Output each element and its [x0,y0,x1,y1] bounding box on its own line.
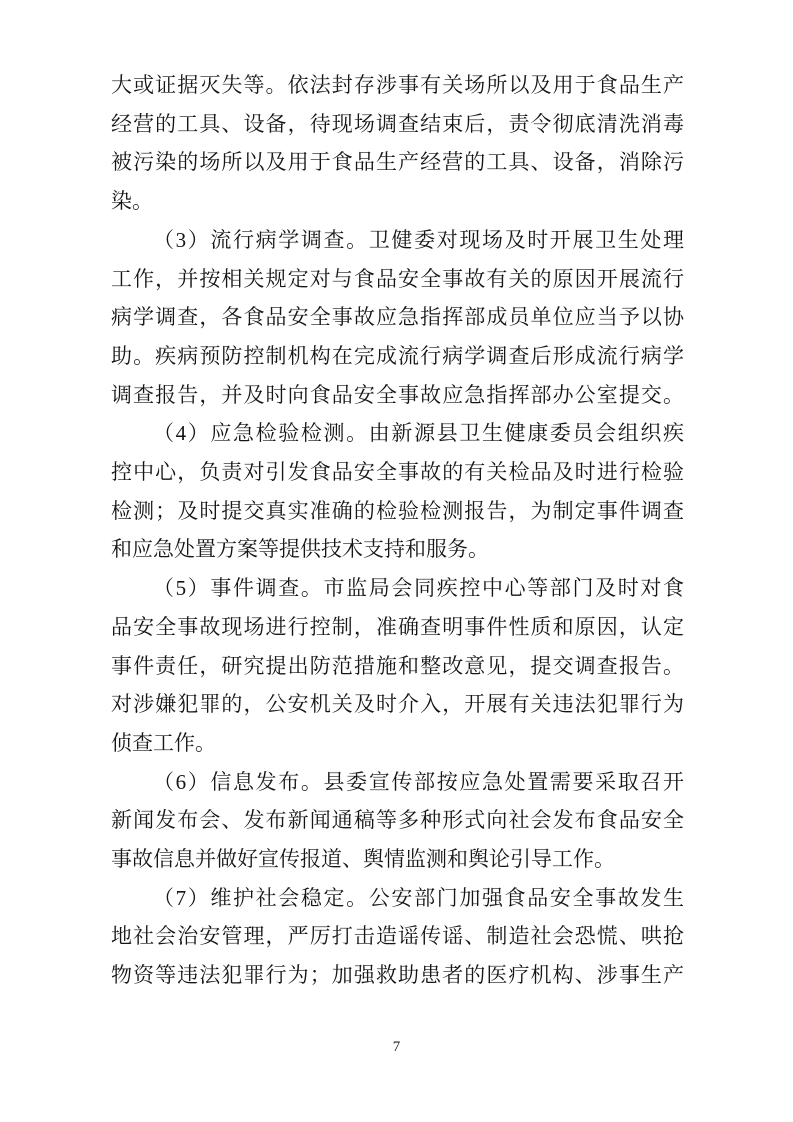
text-line: 大或证据灭失等。依法封存涉事有关场所以及用于食品生产 [111,66,684,105]
text-line: 被污染的场所以及用于食品生产经营的工具、设备，消除污 [111,143,684,182]
text-line: 地社会治安管理，严厉打击造谣传谣、制造社会恐慌、哄抢 [111,917,684,956]
text-line: 对涉嫌犯罪的，公安机关及时介入，开展有关违法犯罪行为 [111,685,684,724]
text-line: 染。 [111,182,684,221]
text-line-paragraph-6-start: （6）信息发布。县委宣传部按应急处置需要采取召开 [111,763,684,802]
text-line: 侦查工作。 [111,724,684,763]
text-line: 经营的工具、设备，待现场调查结束后，责令彻底清洗消毒 [111,105,684,144]
text-line: 调查报告，并及时向食品安全事故应急指挥部办公室提交。 [111,376,684,415]
text-line: 事件责任，研究提出防范措施和整改意见，提交调查报告。 [111,647,684,686]
text-line: 助。疾病预防控制机构在完成流行病学调查后形成流行病学 [111,337,684,376]
text-line: 病学调查，各食品安全事故应急指挥部成员单位应当予以协 [111,298,684,337]
text-line: 品安全事故现场进行控制，准确查明事件性质和原因，认定 [111,608,684,647]
text-line: 检测；及时提交真实准确的检验检测报告，为制定事件调查 [111,492,684,531]
document-page: 大或证据灭失等。依法封存涉事有关场所以及用于食品生产 经营的工具、设备，待现场调… [0,0,793,1122]
document-body: 大或证据灭失等。依法封存涉事有关场所以及用于食品生产 经营的工具、设备，待现场调… [111,66,684,995]
text-line: 新闻发布会、发布新闻通稿等多种形式向社会发布食品安全 [111,801,684,840]
page-number: 7 [0,1036,793,1058]
text-line-paragraph-7-start: （7）维护社会稳定。公安部门加强食品安全事故发生 [111,879,684,918]
text-line-paragraph-4-start: （4）应急检验检测。由新源县卫生健康委员会组织疾 [111,414,684,453]
text-line: 和应急处置方案等提供技术支持和服务。 [111,530,684,569]
text-line-paragraph-5-start: （5）事件调查。市监局会同疾控中心等部门及时对食 [111,569,684,608]
text-line: 控中心，负责对引发食品安全事故的有关检品及时进行检验 [111,453,684,492]
text-line: 工作，并按相关规定对与食品安全事故有关的原因开展流行 [111,260,684,299]
text-line-paragraph-3-start: （3）流行病学调查。卫健委对现场及时开展卫生处理 [111,221,684,260]
text-line: 物资等违法犯罪行为；加强救助患者的医疗机构、涉事生产 [111,956,684,995]
text-line: 事故信息并做好宣传报道、舆情监测和舆论引导工作。 [111,840,684,879]
